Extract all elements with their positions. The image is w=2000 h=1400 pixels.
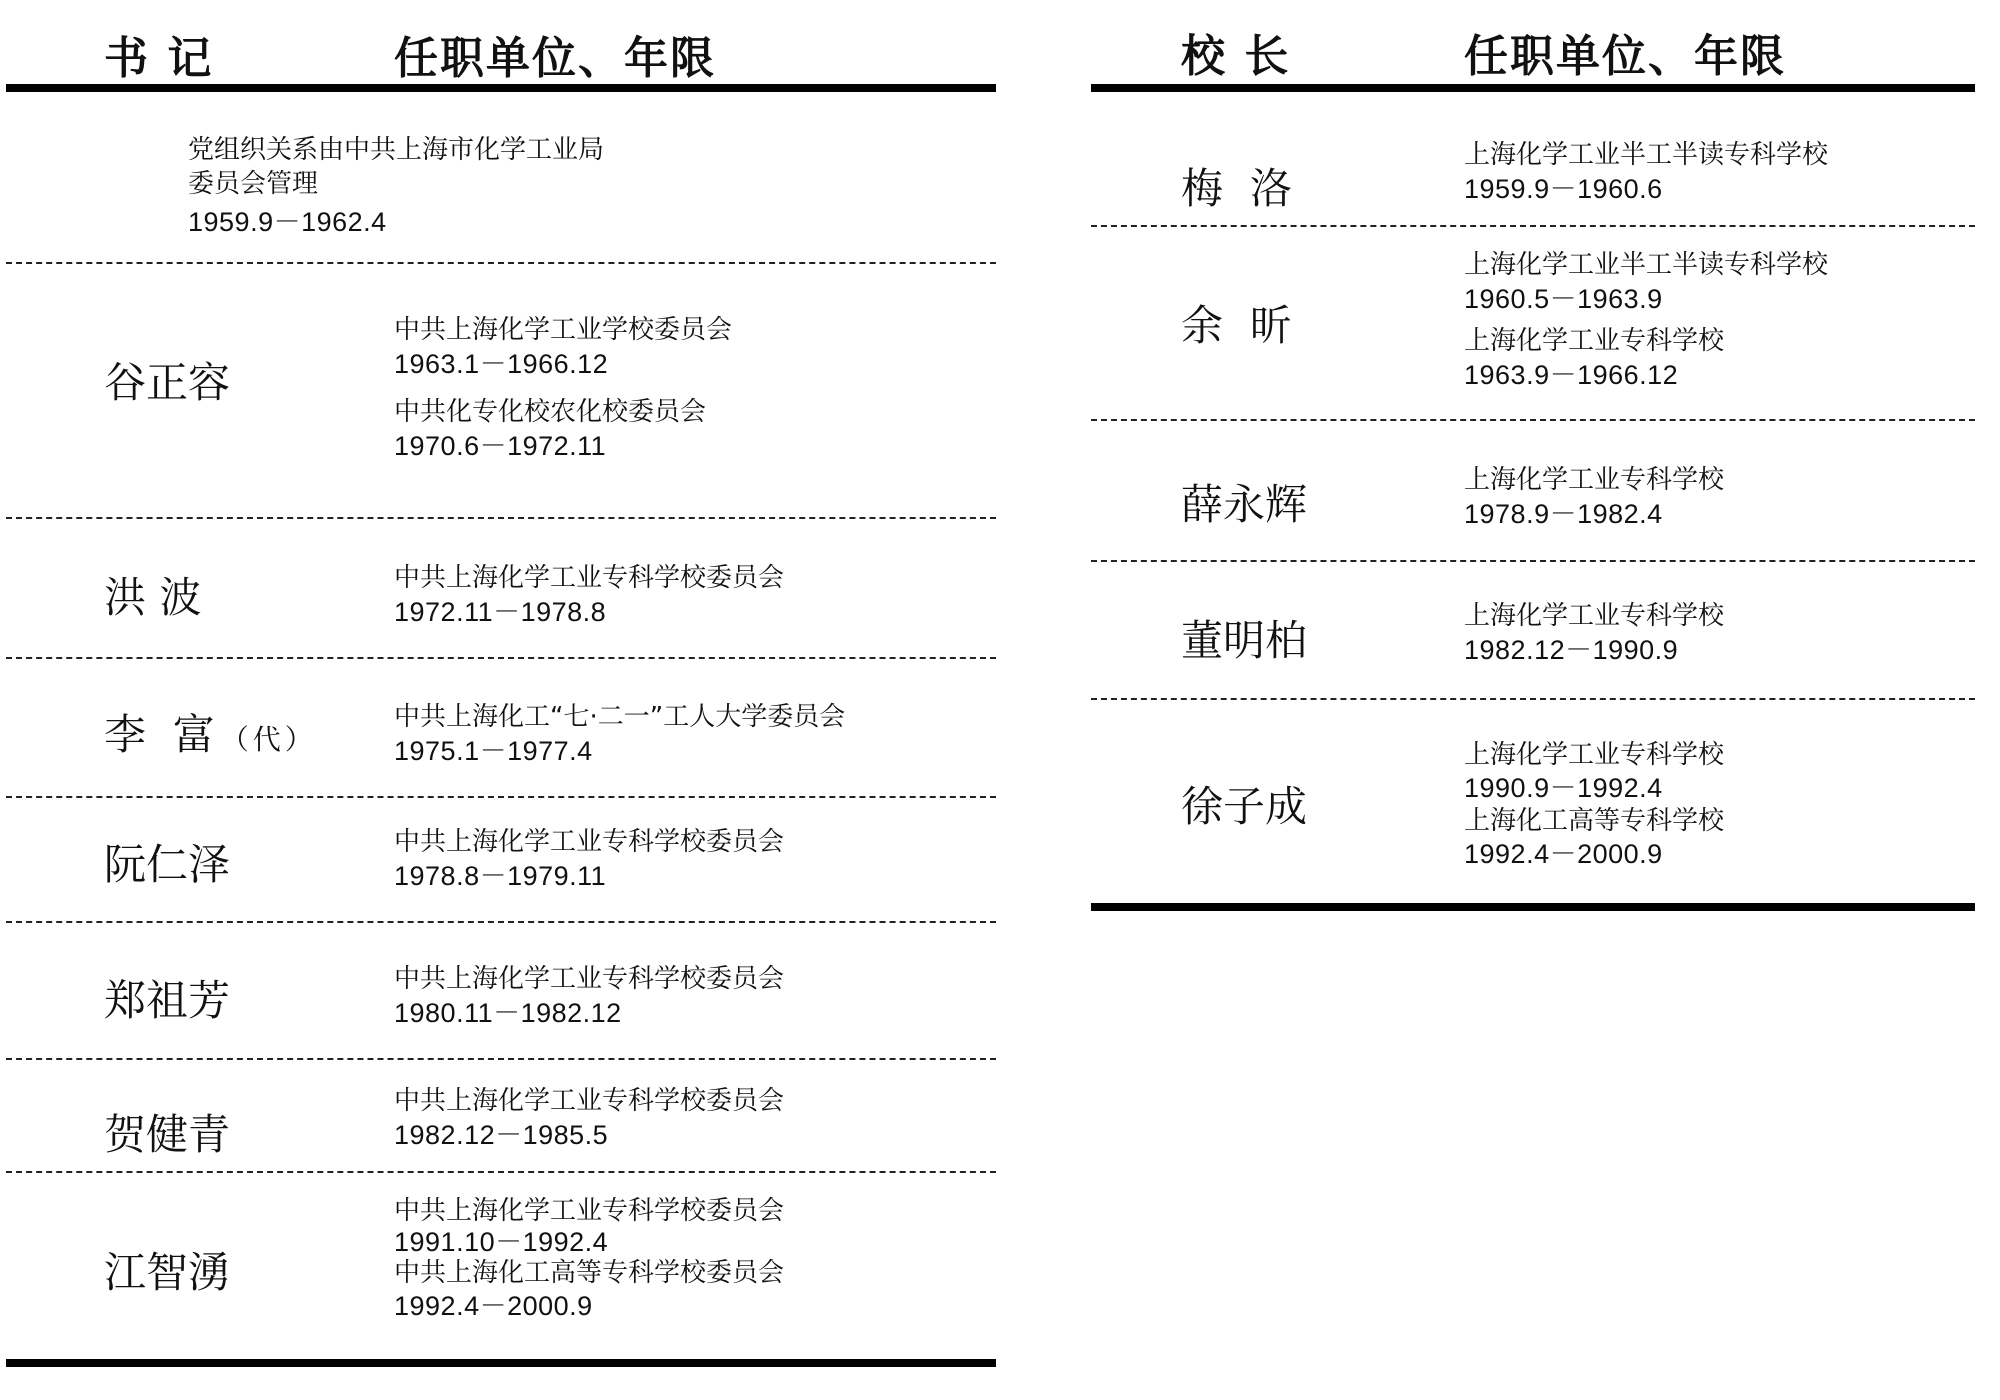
row-party-org: 党组织关系由中共上海市化学工业局 委员会管理 1959.9－1962.4 xyxy=(188,133,604,239)
person-name: 谷正容 xyxy=(104,350,230,410)
header-rule xyxy=(1091,84,1975,92)
row-detail: 上海化学工业专科学校 1982.12－1990.9 xyxy=(1464,599,1724,667)
unit-text: 上海化学工业半工半读专科学校 xyxy=(1464,138,1828,172)
person-name: 余 昕 xyxy=(1181,293,1292,353)
row-divider xyxy=(6,517,996,519)
row-divider xyxy=(6,657,996,659)
unit-text: 上海化学工业专科学校 xyxy=(1464,463,1724,497)
footer-rule xyxy=(6,1359,996,1367)
years-text: 1975.1－1977.4 xyxy=(394,734,845,768)
header-role-secretary: 书 记 xyxy=(104,22,213,86)
row-divider xyxy=(6,1171,996,1173)
years-text: 1991.10－1992.4 xyxy=(394,1227,784,1258)
unit-text: 中共上海化学工业专科学校委员会 xyxy=(394,1084,784,1118)
person-name: 阮仁泽 xyxy=(104,832,230,892)
years-text: 1970.6－1972.11 xyxy=(394,429,732,463)
unit-text: 上海化学工业专科学校 xyxy=(1464,599,1724,633)
footer-rule xyxy=(1091,903,1975,911)
unit-text: 中共上海化学工业学校委员会 xyxy=(394,313,732,347)
row-detail: 上海化学工业半工半读专科学校 1960.5－1963.9 上海化学工业专科学校 … xyxy=(1464,248,1828,392)
unit-text: 上海化工高等专科学校 xyxy=(1464,805,1724,838)
row-detail: 中共上海化学工业学校委员会 1963.1－1966.12 中共化专化校农化校委员… xyxy=(394,313,732,463)
years-text: 1980.11－1982.12 xyxy=(394,996,784,1030)
unit-text: 中共上海化学工业专科学校委员会 xyxy=(394,1196,784,1227)
unit-text: 上海化学工业专科学校 xyxy=(1464,739,1724,772)
unit-text: 中共上海化学工业专科学校委员会 xyxy=(394,825,784,859)
unit-text: 中共化专化校农化校委员会 xyxy=(394,395,732,429)
years-text: 1963.9－1966.12 xyxy=(1464,358,1828,392)
years-text: 1972.11－1978.8 xyxy=(394,595,784,629)
header-unit-years: 任职单位、年限 xyxy=(1464,20,1786,84)
unit-text: 中共上海化工“七·二一”工人大学委员会 xyxy=(394,700,845,734)
years-text: 1978.9－1982.4 xyxy=(1464,497,1724,531)
years-text: 1992.4－2000.9 xyxy=(394,1291,784,1322)
years-text: 1982.12－1985.5 xyxy=(394,1118,784,1152)
row-detail: 中共上海化学工业专科学校委员会 1972.11－1978.8 xyxy=(394,561,784,629)
row-detail: 中共上海化学工业专科学校委员会 1991.10－1992.4 中共上海化工高等专… xyxy=(394,1196,784,1322)
row-divider xyxy=(6,1058,996,1060)
unit-text: 中共上海化学工业专科学校委员会 xyxy=(394,962,784,996)
unit-text: 党组织关系由中共上海市化学工业局 xyxy=(188,133,604,167)
unit-text: 上海化学工业半工半读专科学校 xyxy=(1464,248,1828,282)
person-name: 董明柏 xyxy=(1181,608,1307,668)
person-name: 贺健青 xyxy=(104,1102,230,1162)
row-detail: 上海化学工业专科学校 1990.9－1992.4 上海化工高等专科学校 1992… xyxy=(1464,739,1724,871)
row-divider xyxy=(6,796,996,798)
unit-text: 上海化学工业专科学校 xyxy=(1464,324,1828,358)
years-text: 1963.1－1966.12 xyxy=(394,347,732,381)
row-divider xyxy=(1091,225,1975,227)
row-divider xyxy=(1091,560,1975,562)
row-detail: 中共上海化学工业专科学校委员会 1978.8－1979.11 xyxy=(394,825,784,893)
row-detail: 上海化学工业专科学校 1978.9－1982.4 xyxy=(1464,463,1724,531)
years-text: 1992.4－2000.9 xyxy=(1464,838,1724,871)
person-name: 李 富（代） xyxy=(104,702,317,762)
unit-text: 中共上海化工高等专科学校委员会 xyxy=(394,1258,784,1289)
header-unit-years: 任职单位、年限 xyxy=(394,22,716,86)
row-detail: 上海化学工业半工半读专科学校 1959.9－1960.6 xyxy=(1464,138,1828,206)
unit-text: 中共上海化学工业专科学校委员会 xyxy=(394,561,784,595)
person-name: 洪 波 xyxy=(104,565,201,625)
person-name: 薛永辉 xyxy=(1181,472,1307,532)
header-rule xyxy=(6,84,996,92)
years-text: 1982.12－1990.9 xyxy=(1464,633,1724,667)
years-text: 1960.5－1963.9 xyxy=(1464,282,1828,316)
header-role-president: 校 长 xyxy=(1181,20,1290,84)
row-divider xyxy=(1091,698,1975,700)
row-divider xyxy=(6,262,996,264)
row-divider xyxy=(6,921,996,923)
person-name-text: 李 富 xyxy=(104,710,215,759)
years-text: 1959.9－1962.4 xyxy=(188,205,604,239)
row-detail: 中共上海化学工业专科学校委员会 1980.11－1982.12 xyxy=(394,962,784,1030)
row-detail: 中共上海化学工业专科学校委员会 1982.12－1985.5 xyxy=(394,1084,784,1152)
years-text: 1959.9－1960.6 xyxy=(1464,172,1828,206)
person-name: 梅 洛 xyxy=(1181,156,1292,216)
row-detail: 中共上海化工“七·二一”工人大学委员会 1975.1－1977.4 xyxy=(394,700,845,768)
years-text: 1990.9－1992.4 xyxy=(1464,772,1724,805)
acting-note: （代） xyxy=(221,723,317,756)
person-name: 徐子成 xyxy=(1181,774,1307,834)
unit-text-cont: 委员会管理 xyxy=(188,167,604,201)
row-divider xyxy=(1091,419,1975,421)
person-name: 江智湧 xyxy=(104,1240,230,1300)
years-text: 1978.8－1979.11 xyxy=(394,859,784,893)
person-name: 郑祖芳 xyxy=(104,968,230,1028)
